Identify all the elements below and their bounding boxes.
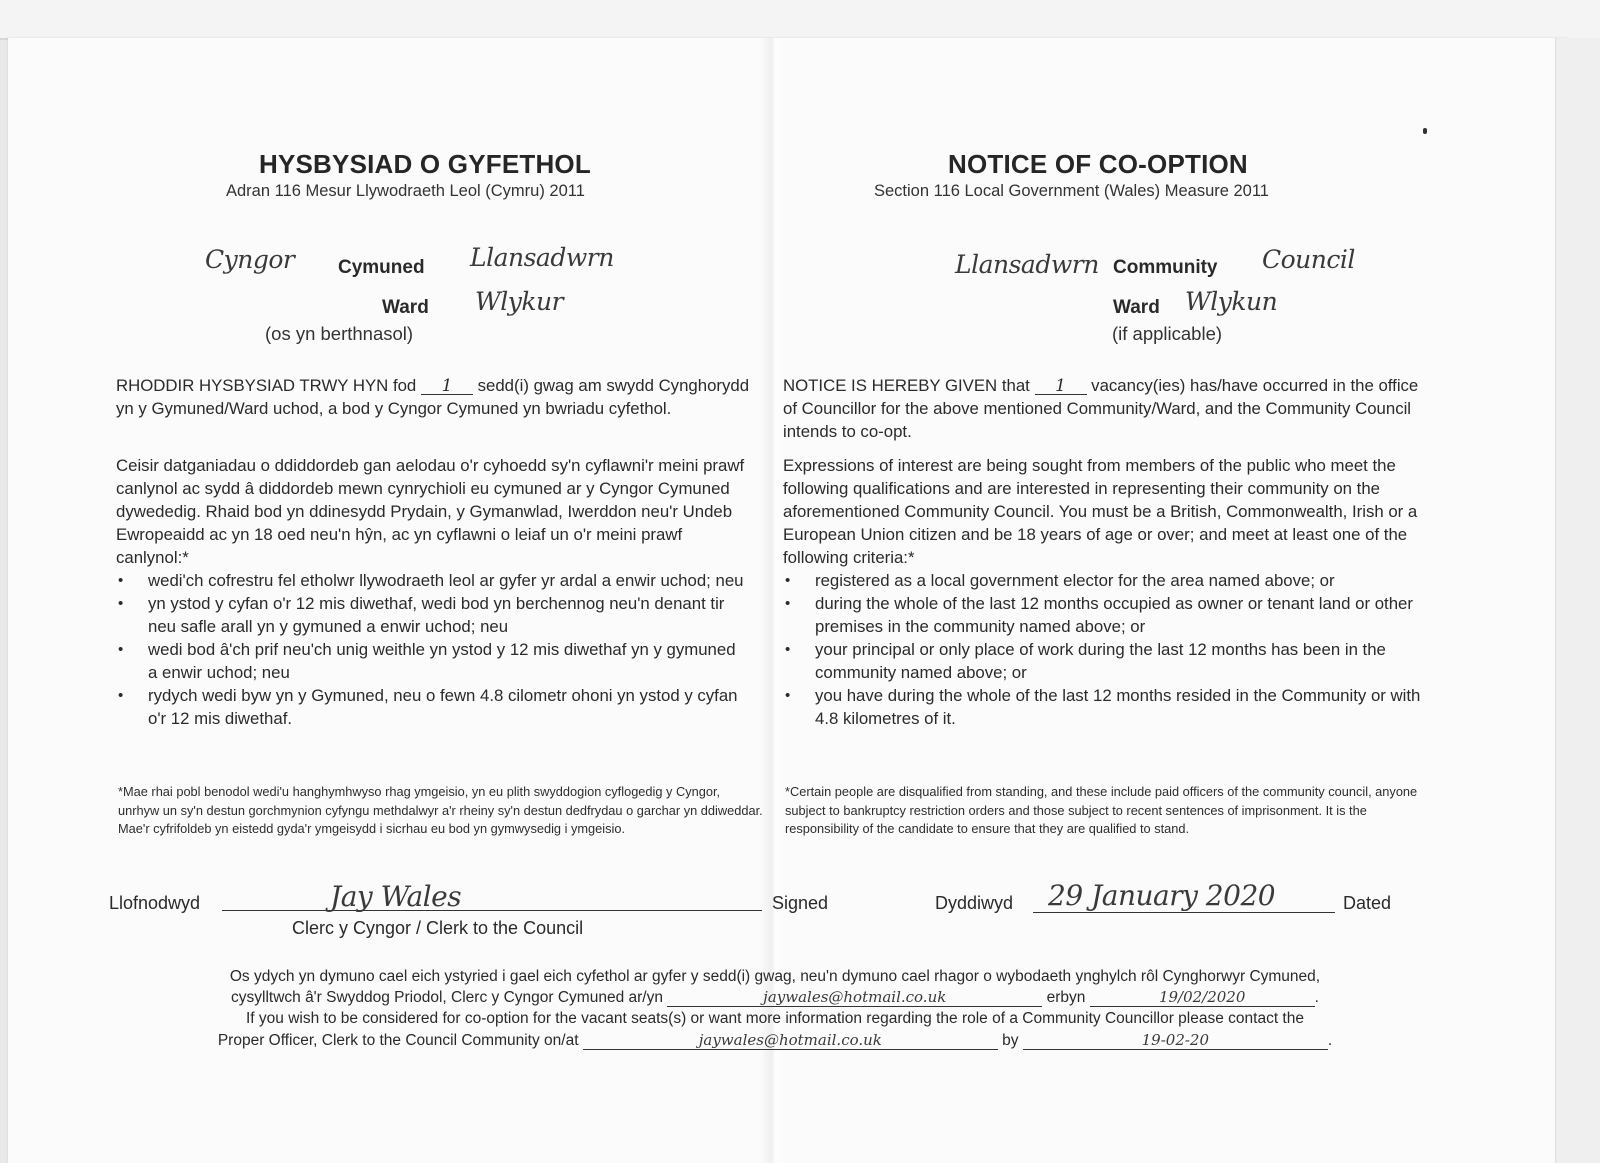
scan-right-edge: [1555, 38, 1600, 1163]
welsh-vacancy-count: 1: [421, 376, 473, 395]
contact-english-lead: Proper Officer, Clerk to the Council Com…: [218, 1032, 579, 1049]
english-criterion: during the whole of the last 12 months o…: [783, 592, 1423, 638]
welsh-deadline-handwritten: 19/02/2020: [1090, 989, 1315, 1007]
english-deadline-handwritten: 19-02-20: [1023, 1032, 1328, 1050]
welsh-community-handwritten: Llansadwrn: [470, 243, 614, 272]
english-interest-paragraph: Expressions of interest are being sought…: [783, 454, 1423, 569]
contact-english-line1: If you wish to be considered for co-opti…: [140, 1008, 1410, 1029]
welsh-community-label: Cymuned: [338, 257, 425, 279]
welsh-ward-label: Ward: [382, 297, 429, 319]
welsh-contact-handwritten: jaywales@hotmail.co.uk: [667, 989, 1042, 1007]
english-vacancy-count: 1: [1035, 376, 1087, 395]
scan-speck: [1423, 128, 1427, 134]
scan-top-edge: [0, 0, 1600, 40]
english-ward-handwritten: Wlykun: [1185, 287, 1277, 316]
welsh-interest-block: Ceisir datganiadau o ddiddordeb gan aelo…: [116, 454, 748, 730]
welsh-title: HYSBYSIAD O GYFETHOL: [259, 149, 591, 180]
english-contact-handwritten: jaywales@hotmail.co.uk: [583, 1032, 998, 1050]
english-title: NOTICE OF CO-OPTION: [948, 149, 1248, 180]
welsh-criterion: wedi'ch cofrestru fel etholwr llywodraet…: [116, 569, 748, 592]
signed-label-welsh: Llofnodwyd: [109, 893, 200, 914]
english-ward-label: Ward: [1113, 297, 1160, 319]
english-council-handwritten: Council: [1262, 245, 1355, 274]
welsh-interest-paragraph: Ceisir datganiadau o ddiddordeb gan aelo…: [116, 454, 748, 569]
date-handwritten: 29 January 2020: [1048, 879, 1275, 912]
contact-english-line2: Proper Officer, Clerk to the Council Com…: [140, 1030, 1410, 1051]
english-notice-lead: NOTICE IS HEREBY GIVEN that: [783, 376, 1030, 395]
welsh-council-handwritten: Cyngor: [205, 245, 294, 274]
clerk-caption: Clerc y Cyngor / Clerk to the Council: [292, 918, 583, 939]
welsh-by-label: erbyn: [1047, 989, 1086, 1006]
english-subtitle: Section 116 Local Government (Wales) Mea…: [874, 182, 1269, 201]
welsh-criterion: wedi bod â'ch prif neu'ch unig weithle y…: [116, 638, 748, 684]
contact-welsh-line2: cysylltwch â'r Swyddog Priodol, Clerc y …: [140, 987, 1410, 1008]
english-by-label: by: [1002, 1032, 1018, 1049]
english-criterion: your principal or only place of work dur…: [783, 638, 1423, 684]
english-interest-block: Expressions of interest are being sought…: [783, 454, 1423, 730]
welsh-criteria-list: wedi'ch cofrestru fel etholwr llywodraet…: [116, 569, 748, 730]
welsh-ward-note: (os yn berthnasol): [265, 323, 413, 345]
welsh-ward-handwritten: Wlykur: [475, 287, 563, 316]
english-community-label: Community: [1113, 257, 1218, 279]
english-criterion: registered as a local government elector…: [783, 569, 1423, 592]
contact-welsh-line1: Os ydych yn dymuno cael eich ystyried i …: [140, 966, 1410, 987]
signature-line: [222, 910, 762, 911]
welsh-criterion: rydych wedi byw yn y Gymuned, neu o fewn…: [116, 684, 748, 730]
welsh-criterion: yn ystod y cyfan o'r 12 mis diwethaf, we…: [116, 592, 748, 638]
english-notice-paragraph: NOTICE IS HEREBY GIVEN that 1 vacancy(ie…: [783, 374, 1423, 443]
welsh-notice-lead: RHODDIR HYSBYSIAD TRWY HYN fod: [116, 376, 416, 395]
contact-welsh-lead: cysylltwch â'r Swyddog Priodol, Clerc y …: [231, 989, 663, 1006]
english-criterion: you have during the whole of the last 12…: [783, 684, 1423, 730]
welsh-footnote: *Mae rhai pobl benodol wedi'u hanghymhwy…: [118, 783, 763, 839]
english-footnote: *Certain people are disqualified from st…: [785, 783, 1435, 839]
welsh-notice-paragraph: RHODDIR HYSBYSIAD TRWY HYN fod 1 sedd(i)…: [116, 374, 756, 420]
dated-label-english: Dated: [1343, 893, 1391, 914]
clerk-signature: Jay Wales: [330, 880, 461, 913]
english-criteria-list: registered as a local government elector…: [783, 569, 1423, 730]
welsh-subtitle: Adran 116 Mesur Llywodraeth Leol (Cymru)…: [226, 182, 585, 201]
date-line: [1033, 912, 1335, 913]
dated-label-welsh: Dyddiwyd: [935, 893, 1013, 914]
english-ward-note: (if applicable): [1112, 323, 1222, 345]
english-community-handwritten: Llansadwrn: [955, 250, 1099, 279]
signed-label-english: Signed: [772, 893, 828, 914]
